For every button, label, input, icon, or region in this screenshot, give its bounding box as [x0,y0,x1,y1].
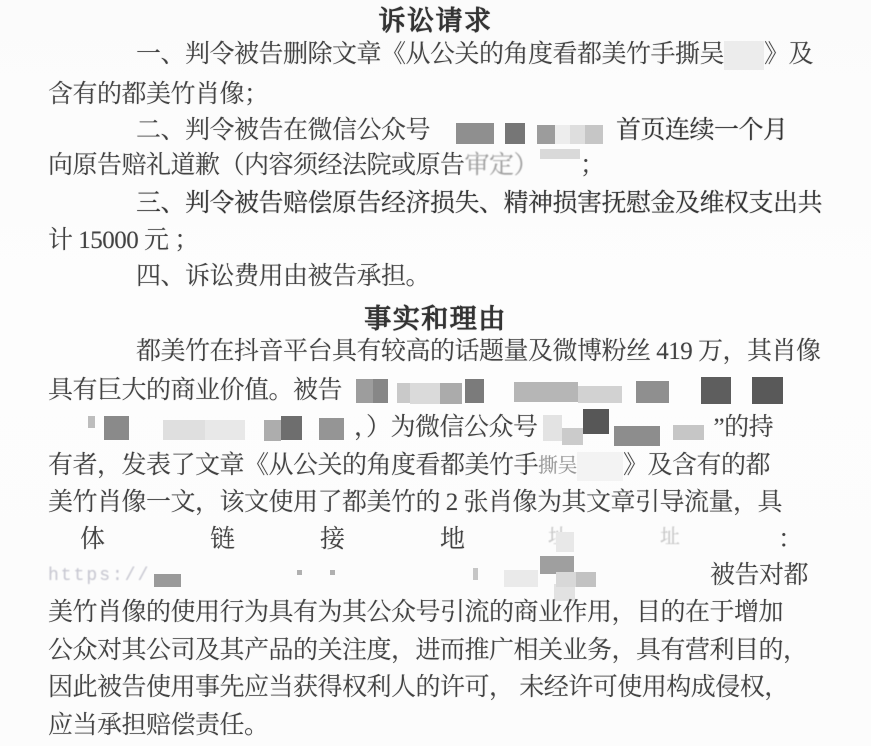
redaction-block [752,377,783,404]
spread-char-3: 接 [320,525,345,555]
facts-line4: 有者，发表了文章《从公关的角度看都美竹手 撕吴 》及含有的都 [48,451,770,481]
redaction-block [163,420,205,440]
redaction-block [673,425,704,440]
redaction-block [319,418,344,440]
redaction-block [570,125,585,144]
redaction-wechat-account [430,121,603,142]
claim3-line2: 计 15000 元 ； [48,226,199,256]
redaction-block [154,574,181,587]
redaction-block [585,125,603,144]
facts-line10: 应当承担赔偿责任。 [48,711,269,741]
redaction-block [556,572,576,587]
redaction-account-name [538,415,704,441]
claim2-faded-text: 审定） [465,151,539,181]
redaction-block [514,382,578,402]
facts-text-4b: 》及含有的都 [623,451,770,481]
facts-text-7: 美竹肖像的使用行为具有为其公众号引流的商业作用，目的在于增加 [48,598,783,628]
redaction-name-box [724,41,764,70]
redaction-block [505,123,525,144]
claim3-line1: 三、判令被告赔偿原告经济损失、精神损害抚慰金及维权支出共 [136,189,822,219]
claim1-text-after-redaction: 》及 [764,40,813,70]
redaction-block [104,416,129,440]
redaction-block [281,416,302,440]
facts-text-9: 因此被告使用事先应当获得权利人的许可， 未经许可使用构成侵权， [48,673,789,703]
claim2-text-before-redaction: 二、判令被告在微信公众号 [136,116,430,146]
redaction-block [373,379,388,403]
redaction-block [264,420,281,441]
claim2-text-after-redaction: 首页连续一个月 [616,116,788,146]
facts-text-6: 被告对都 [710,561,808,591]
redaction-block [701,377,731,404]
section-title-claims: 诉讼请求 [0,0,871,38]
claim4-text: 四、诉讼费用由被告承担。 [136,262,430,292]
url-line: https:// 被告对都 [48,561,808,591]
redaction-block [330,570,335,575]
claim3-text: 三、判令被告赔偿原告经济损失、精神损害抚慰金及维权支出共 [136,189,822,219]
facts-line5: 美竹肖像一文，该文使用了都美竹的 2 张肖像为其文章引导流量，具 [48,488,782,518]
redaction-block [465,379,484,403]
claim2-semicolon: ； [580,151,605,181]
spread-char-2: 链 [210,525,235,555]
redaction-block [614,426,660,446]
claim2-text-cont: 向原告赔礼道歉（内容须经法院或原告 [48,151,465,181]
redaction-block [205,420,245,440]
smudge-block-top [556,532,574,552]
redaction-block [297,570,302,575]
redaction-block [440,383,462,404]
redaction-block [562,428,583,445]
redaction-block [724,41,764,70]
scanned-legal-document-page: 诉讼请求 一、判令被告删除文章《从公关的角度看都美竹手撕吴 》及 含有的都美竹肖… [0,0,871,746]
redaction-block [583,409,609,434]
redaction-block [456,123,494,144]
facts-text-3: ，）为微信公众号 [354,413,538,443]
spread-colon: ： [778,525,803,555]
redaction-block [577,452,623,481]
facts-line3: ，）为微信公众号 ”的持 [88,413,773,443]
faded-url-text: https:// [48,561,150,591]
claim2-line2: 向原告赔礼道歉（内容须经法院或原告 审定） ； [48,151,605,181]
redaction-defendant-info [88,416,344,440]
facts-line8: 公众对其公司及其产品的关注度，进而推广相关业务，具有营利目的， [48,636,808,666]
smudge-over-text [538,161,580,171]
claim2-line1: 二、判令被告在微信公众号 首页连续一个月 [136,116,788,146]
spread-char-1: 体 [80,525,105,555]
section-title-facts: 事实和理由 [0,297,871,336]
redaction-block [578,386,622,403]
spread-char-4: 地 [440,525,465,555]
redaction-block [636,381,669,403]
redaction-block [88,416,95,428]
spread-char-5-faint-2: 址 [660,522,680,552]
claim4-line: 四、诉讼费用由被告承担。 [136,262,430,292]
facts-text-4: 有者，发表了文章《从公关的角度看都美竹手 [48,451,538,481]
facts-text-2: 具有巨大的商业价值。被告 [48,376,342,406]
redaction-block [397,383,410,403]
claim1-text-before-redaction: 一、判令被告删除文章《从公关的角度看都美竹手撕吴 [136,40,724,70]
claim1-text-cont: 含有的都美竹肖像； [48,80,269,110]
link-address-spread-line: 体 链 接 地 址 址 ： [0,525,871,555]
claim1-line1: 一、判令被告删除文章《从公关的角度看都美竹手撕吴 》及 [136,40,813,70]
redaction-block [504,570,538,587]
facts-text-8: 公众对其公司及其产品的关注度，进而推广相关业务，具有营利目的， [48,636,808,666]
redaction-block [555,125,570,144]
redaction-url [150,568,596,585]
facts-text-1: 都美竹在抖音平台具有较高的话题量及微博粉丝 419 万，其肖像 [136,337,821,367]
claim3-amount-text: 计 15000 元 ； [48,226,199,256]
facts-faded-name: 撕吴 [538,451,577,481]
facts-text-10: 应当承担赔偿责任。 [48,711,269,741]
facts-line2: 具有巨大的商业价值。被告 [48,376,783,406]
facts-text-5: 美竹肖像一文，该文使用了都美竹的 2 张肖像为其文章引导流量，具 [48,488,782,518]
redaction-block [576,572,596,587]
facts-line9: 因此被告使用事先应当获得权利人的许可， 未经许可使用构成侵权， [48,673,789,703]
redaction-block [356,379,373,403]
redaction-block [556,532,574,552]
redaction-block [543,415,562,441]
redaction-defendant-name [342,378,783,405]
redaction-block [410,383,440,404]
redaction-block [540,149,580,159]
claim1-line2: 含有的都美竹肖像； [48,80,269,110]
facts-text-3b: ”的持 [714,413,774,443]
redaction-block [473,568,478,580]
facts-line7: 美竹肖像的使用行为具有为其公众号引流的商业作用，目的在于增加 [48,598,783,628]
redaction-block [537,125,555,144]
facts-line1: 都美竹在抖音平台具有较高的话题量及微博粉丝 419 万，其肖像 [136,337,821,367]
redaction-name-whitebox [577,452,623,481]
